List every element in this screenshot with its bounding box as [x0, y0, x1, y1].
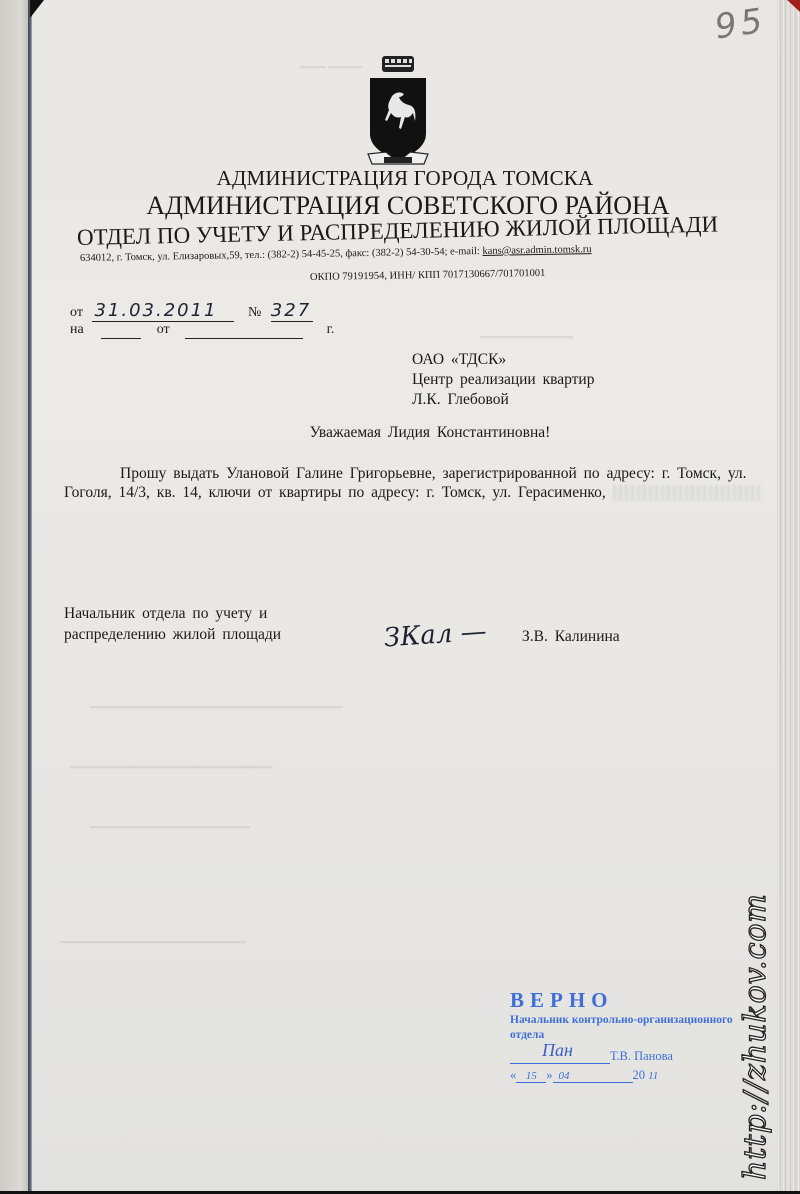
signatory-title-line2: распределению жилой площади — [64, 624, 281, 645]
certification-stamp: ВЕРНО Начальник контрольно-организационн… — [510, 988, 733, 1083]
bleed-through-text: ━━━━━━━━━━━ — [480, 330, 573, 347]
letter-body: Прошу выдать Улановой Галине Григорьевне… — [64, 464, 774, 502]
reference-line: от 31.03.2011 № 327 — [70, 300, 313, 322]
bleed-through-text: ━━━━━━━━━━━━━━━━━━━━━━━━━━━━━━ — [90, 700, 343, 717]
bleed-through-text: ━━━━━━━━━━━━━━━━━━━ — [90, 820, 250, 837]
redacted-address — [613, 485, 763, 501]
stamp-title-line1: Начальник контрольно-организационного — [510, 1013, 733, 1028]
recipient-block: ОАО «ТДСК» Центр реализации квартир Л.К.… — [412, 350, 594, 410]
stamp-signature-row: ПанТ.В. Панова — [510, 1049, 733, 1064]
stamp-month: 04 — [553, 1070, 633, 1083]
bleed-through-text: ━━━ ━━━━ — [300, 60, 363, 77]
signatory-title: Начальник отдела по учету и распределени… — [64, 603, 281, 645]
signatory-title-line1: Начальник отдела по учету и — [64, 603, 281, 624]
year-suffix: г. — [327, 322, 335, 337]
stamp-year-prefix: 20 — [633, 1068, 646, 1082]
bleed-through-text: ━━━━━━━━━━━━━━━━━━━━━━ — [60, 935, 245, 952]
email-link[interactable]: kans@asr.admin.tomsk.ru — [482, 244, 591, 257]
stamp-signature-blank: Пан — [510, 1050, 610, 1064]
number-label: № — [248, 305, 261, 320]
reply-reference-line: на от г. — [70, 322, 334, 339]
stamp-name: Т.В. Панова — [610, 1049, 673, 1063]
signatory-name: З.В. Калинина — [522, 628, 620, 646]
signature-text: ЗКал — [383, 619, 453, 654]
recipient-person: Л.К. Глебовой — [412, 390, 594, 410]
coat-of-arms-icon — [366, 54, 430, 172]
bleed-through-text: ━━━━━━━━━━━━━━━━━━━━━━━━ — [70, 760, 272, 777]
salutation: Уважаемая Лидия Константиновна! — [0, 424, 800, 442]
reply-date-blank — [185, 322, 303, 339]
recipient-company: ОАО «ТДСК» — [412, 350, 594, 370]
from-label: от — [70, 305, 83, 320]
reply-from-label: от — [157, 322, 170, 337]
reply-number-blank — [101, 322, 141, 339]
stamp-day: 15 — [516, 1070, 546, 1083]
recipient-department: Центр реализации квартир — [412, 370, 594, 390]
stamp-signature: Пан — [542, 1040, 573, 1061]
watermark: http://zhukov.com — [738, 893, 773, 1180]
stamp-date-row: «15»0420 11 — [510, 1068, 733, 1083]
handwritten-page-number: 95 — [712, 1, 768, 48]
stamp-heading: ВЕРНО — [510, 988, 733, 1013]
reference-date: 31.03.2011 — [92, 300, 234, 322]
reference-number: 327 — [271, 300, 313, 322]
stamp-year-suffix: 11 — [648, 1070, 658, 1082]
letterhead-city-admin: АДМИНИСТРАЦИЯ ГОРОДА ТОМСКА — [0, 166, 800, 191]
reply-label: на — [70, 322, 84, 337]
